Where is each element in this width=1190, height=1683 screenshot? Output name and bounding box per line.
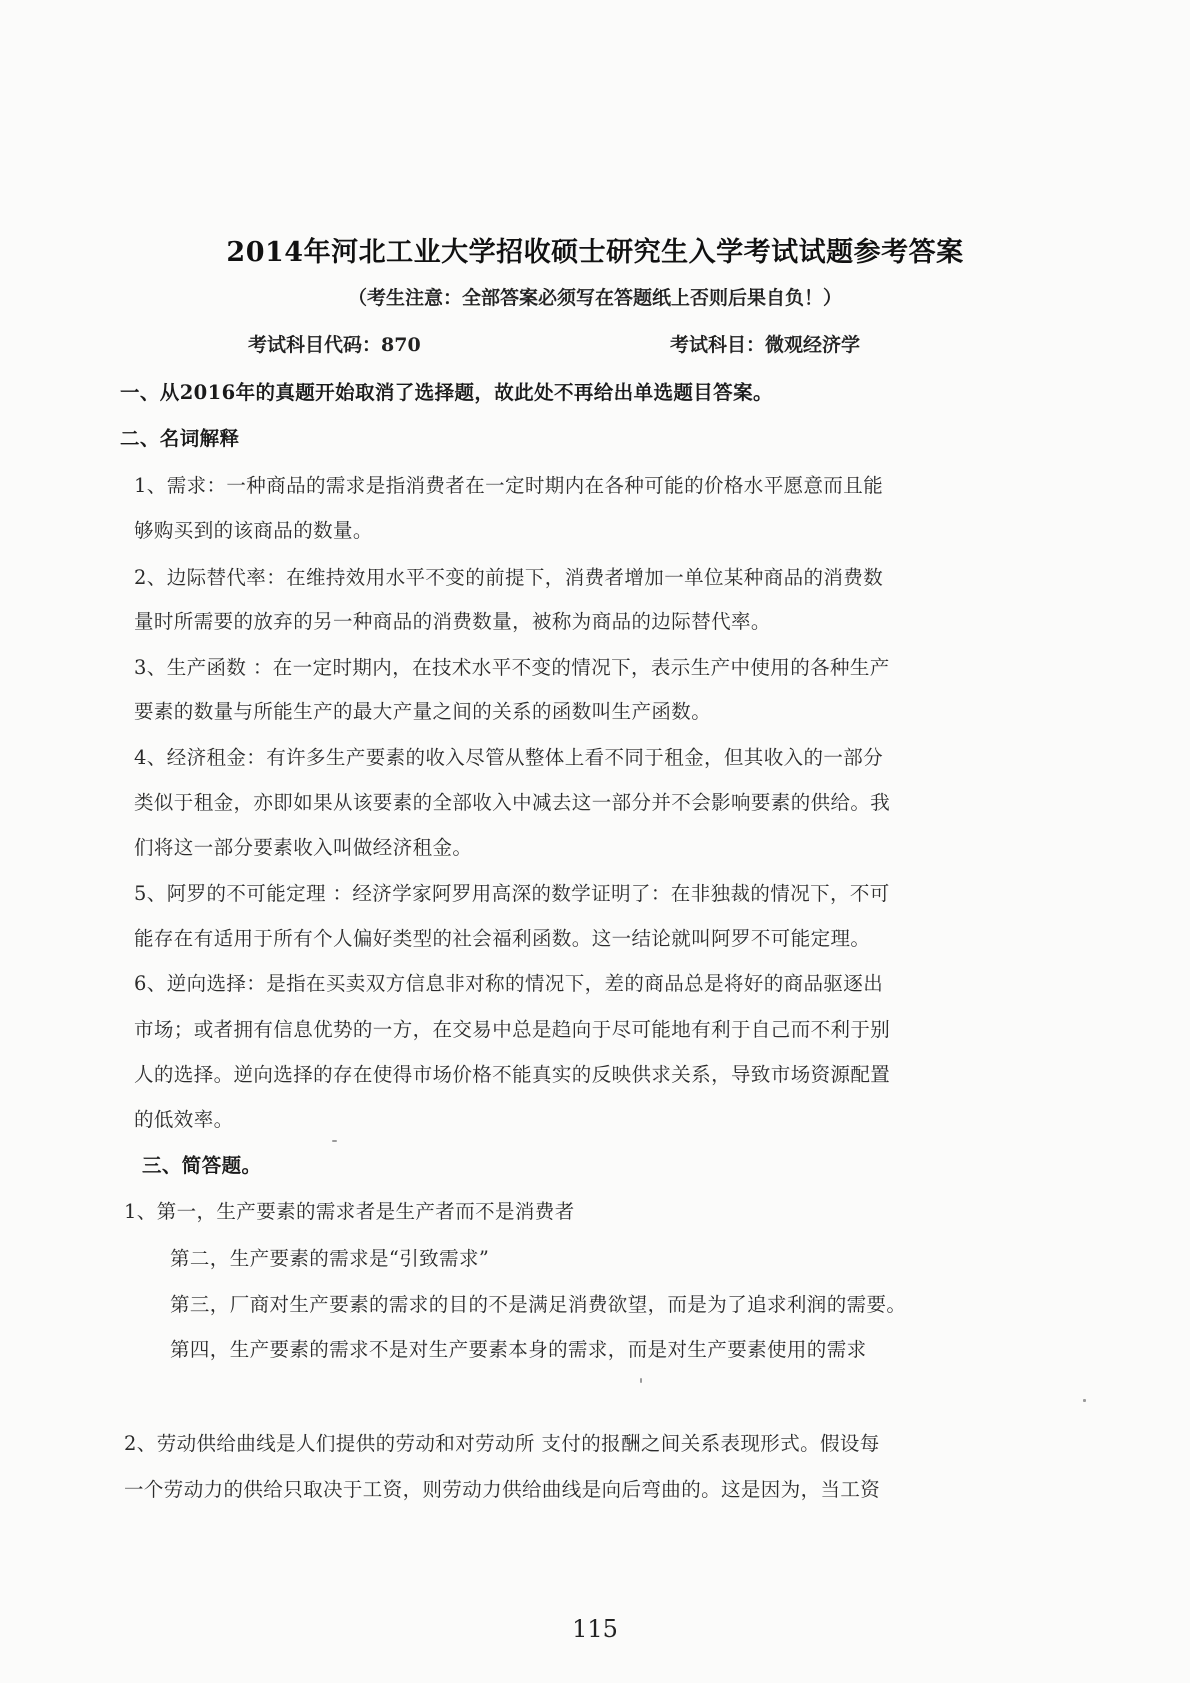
scan-speck [1083, 1399, 1086, 1402]
answer-1-point-4: 第四，生产要素的需求不是对生产要素本身的需求，而是对生产要素使用的需求 [170, 1334, 867, 1362]
answer-1-point-1: 1、第一，生产要素的需求者是生产者而不是消费者 [124, 1196, 575, 1224]
page-number: 115 [0, 1615, 1190, 1643]
term-demand-line-2: 够购买到的该商品的数量。 [134, 515, 373, 543]
section-1-text: 一、从2016年的真题开始取消了选择题，故此处不再给出单选题目答案。 [120, 377, 773, 405]
term-economic-rent-line-3: 们将这一部分要素收入叫做经济租金。 [134, 832, 472, 860]
term-demand-line-1: 1、需求：一种商品的需求是指消费者在一定时期内在各种可能的价格水平愿意而且能 [134, 470, 883, 498]
subject-code: 考试科目代码：870 [248, 330, 421, 357]
term-adverse-selection-line-1: 6、逆向选择：是指在买卖双方信息非对称的情况下，差的商品总是将好的商品驱逐出 [134, 968, 883, 996]
term-production-function-line-2: 要素的数量与所能生产的最大产量之间的关系的函数叫生产函数。 [134, 696, 711, 724]
answer-2-line-1: 2、劳动供给曲线是人们提供的劳动和对劳动所 支付的报酬之间关系表现形式。假设每 [124, 1428, 880, 1456]
term-arrow-theorem-line-1: 5、阿罗的不可能定理 ：经济学家阿罗用高深的数学证明了：在非独裁的情况下，不可 [134, 878, 890, 906]
term-adverse-selection-line-3: 人的选择。逆向选择的存在使得市场价格不能真实的反映供求关系，导致市场资源配置 [134, 1059, 890, 1087]
term-adverse-selection-line-2: 市场；或者拥有信息优势的一方，在交易中总是趋向于尽可能地有利于自己而不利于别 [134, 1014, 890, 1042]
term-economic-rent-line-1: 4、经济租金：有许多生产要素的收入尽管从整体上看不同于租金，但其收入的一部分 [134, 742, 883, 770]
scan-speck [640, 1378, 642, 1383]
exam-notice: （考生注意：全部答案必须写在答题纸上否则后果自负！） [0, 283, 1190, 310]
answer-2-line-2: 一个劳动力的供给只取决于工资，则劳动力供给曲线是向后弯曲的。这是因为，当工资 [124, 1474, 880, 1502]
section-2-heading: 二、名词解释 [120, 423, 239, 451]
term-mrs-line-1: 2、边际替代率：在维持效用水平不变的前提下，消费者增加一单位某种商品的消费数 [134, 562, 883, 590]
term-economic-rent-line-2: 类似于租金，亦即如果从该要素的全部收入中减去这一部分并不会影响要素的供给。我 [134, 787, 890, 815]
scan-speck [332, 1140, 337, 1142]
section-3-heading: 三、简答题。 [142, 1150, 261, 1178]
document-title: 2014年河北工业大学招收硕士研究生入学考试试题参考答案 [0, 230, 1190, 269]
subject-name: 考试科目：微观经济学 [670, 330, 860, 357]
term-production-function-line-1: 3、生产函数 ：在一定时期内，在技术水平不变的情况下，表示生产中使用的各种生产 [134, 652, 890, 680]
term-arrow-theorem-line-2: 能存在有适用于所有个人偏好类型的社会福利函数。这一结论就叫阿罗不可能定理。 [134, 923, 870, 951]
term-mrs-line-2: 量时所需要的放弃的另一种商品的消费数量，被称为商品的边际替代率。 [134, 606, 771, 634]
document-page: 2014年河北工业大学招收硕士研究生入学考试试题参考答案 （考生注意：全部答案必… [0, 0, 1190, 1683]
answer-1-point-3: 第三，厂商对生产要素的需求的目的不是满足消费欲望，而是为了追求利润的需要。 [170, 1289, 906, 1317]
answer-1-point-2: 第二，生产要素的需求是“引致需求” [170, 1243, 489, 1271]
term-adverse-selection-line-4: 的低效率。 [134, 1104, 234, 1132]
